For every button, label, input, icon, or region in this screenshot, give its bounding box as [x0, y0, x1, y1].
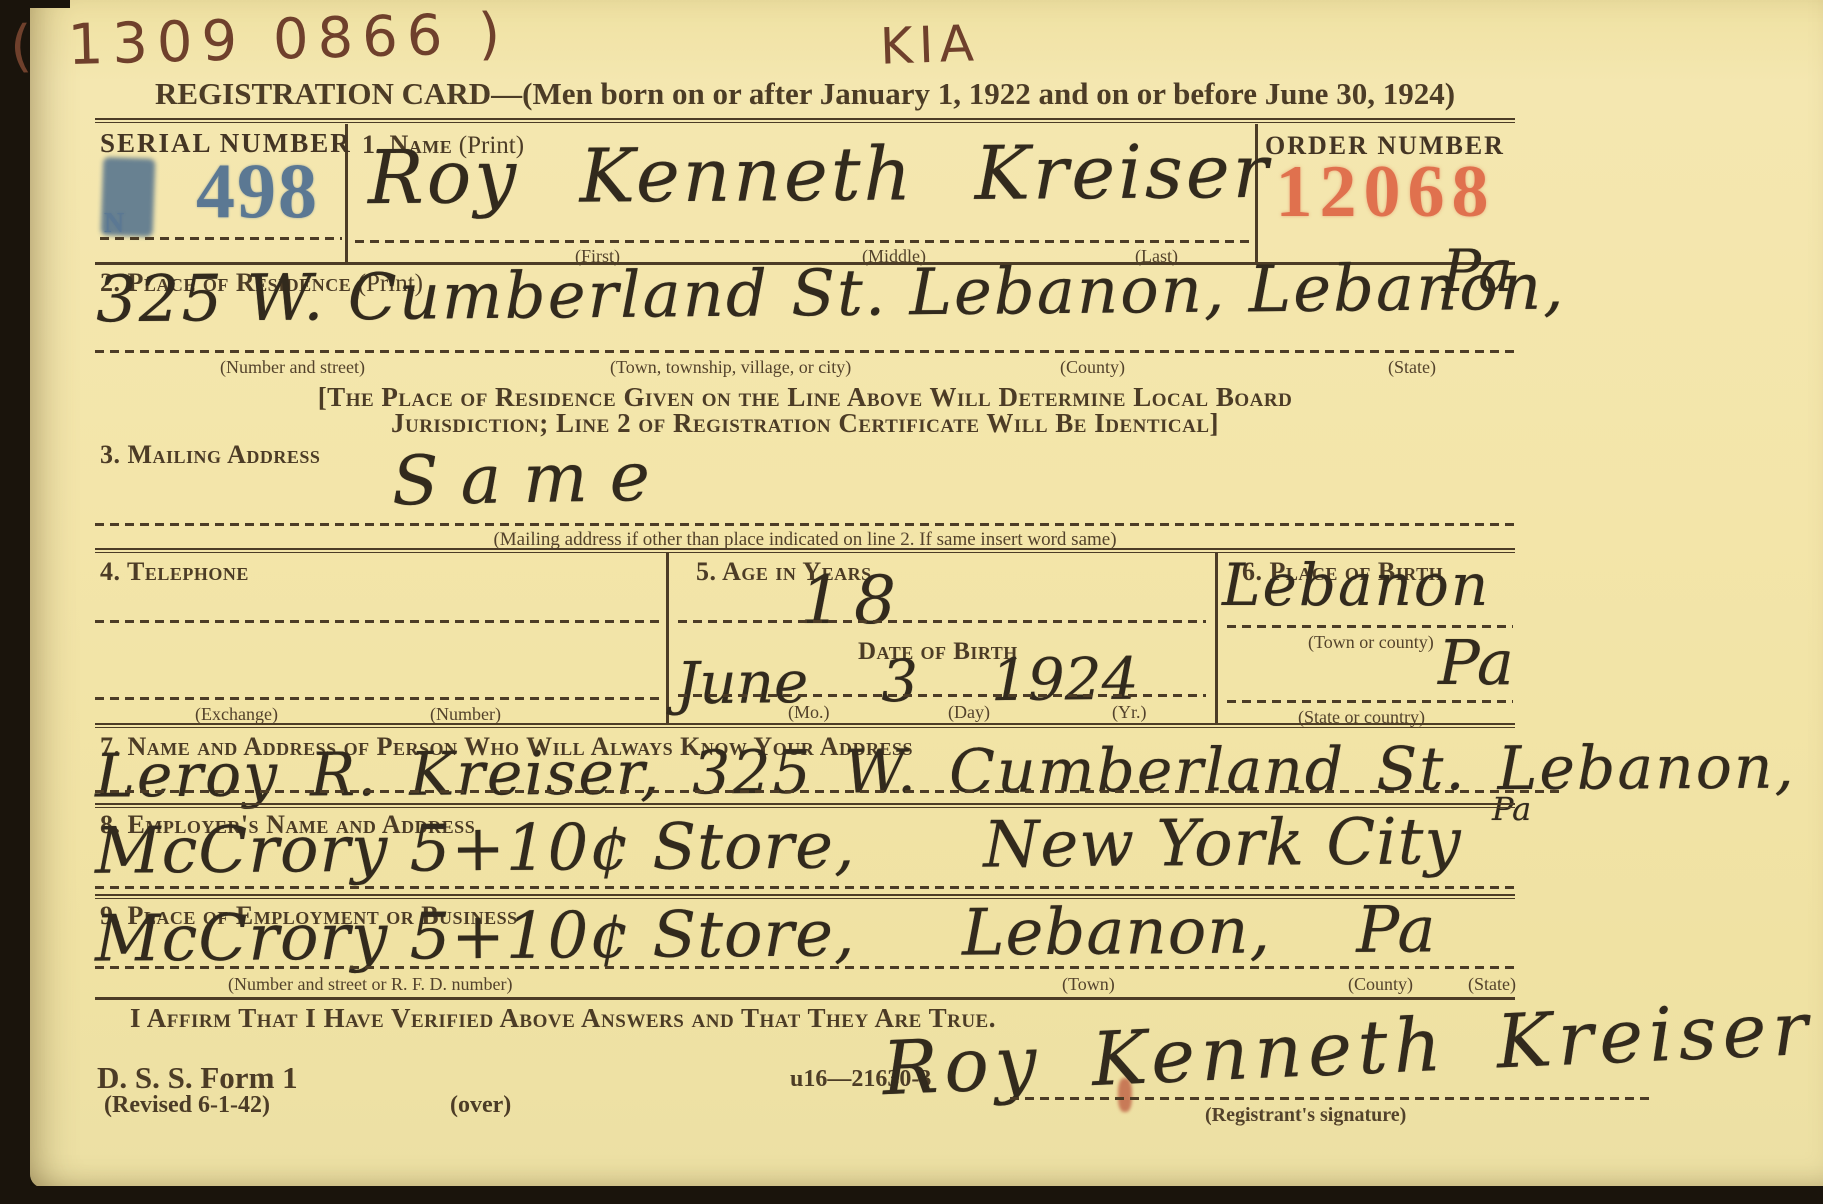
line7-state-value: Pa	[1492, 793, 1531, 825]
annotation-kia-note: KIA	[879, 14, 981, 75]
residence-street-caption: (Number and street)	[220, 357, 365, 378]
signature-dashed-line	[1010, 1097, 1650, 1100]
order-number-value: 12068	[1258, 150, 1513, 235]
residence-value: 325 W. Cumberland St. Lebanon, Lebanon,	[96, 256, 1566, 333]
row456-bottom-rule	[95, 723, 1515, 728]
telephone-dashed-line-2	[95, 697, 660, 700]
scan-edge-bottom	[0, 1186, 1823, 1204]
residence-town-caption: (Town, township, village, or city)	[610, 357, 851, 378]
signature-caption: (Registrant's signature)	[1205, 1104, 1406, 1127]
telephone-label: 4. Telephone	[100, 557, 249, 587]
divider-telephone-age	[666, 553, 669, 725]
name-dashed-line	[355, 240, 1250, 243]
dob-dashed-line	[678, 694, 1206, 697]
card-title: REGISTRATION CARD—(Men born on or after …	[95, 76, 1515, 112]
affirmation-text: I Affirm That I Have Verified Above Answ…	[130, 1003, 996, 1034]
line9-county-caption: (County)	[1348, 974, 1413, 995]
scan-edge-left	[0, 0, 30, 1204]
birth-town-value: Lebanon	[1222, 556, 1490, 614]
month-caption: (Mo.)	[788, 702, 830, 723]
line8-dashed-line	[95, 886, 1515, 889]
scan-edge-top-corner	[0, 0, 70, 8]
residence-county-caption: (County)	[1060, 357, 1125, 378]
form-id: D. S. S. Form 1	[97, 1060, 298, 1096]
birth-town-caption: (Town or county)	[1308, 632, 1434, 653]
name-value: Roy Kenneth Kreiser	[368, 135, 1271, 215]
age-value: 18	[800, 568, 908, 634]
line9-state-caption: (State)	[1468, 974, 1516, 995]
line7-dashed-line	[95, 790, 1563, 793]
exchange-caption: (Exchange)	[195, 704, 278, 725]
line9-street-caption: (Number and street or R. F. D. number)	[228, 974, 513, 995]
serial-dashed-line	[100, 237, 342, 240]
age-dashed-line	[678, 620, 1206, 623]
birth-state-value: Pa	[1438, 632, 1514, 694]
birth-state-dashed-line	[1227, 700, 1513, 703]
divider-age-birth	[1215, 553, 1218, 725]
mailing-address-label: 3. Mailing Address	[100, 440, 320, 470]
line9-dashed-line	[95, 966, 1515, 969]
residence-state-caption: (State)	[1388, 357, 1436, 378]
serial-number-value: 498	[170, 146, 345, 236]
line9-bottom-rule	[95, 997, 1515, 1000]
number-caption: (Number)	[430, 704, 501, 725]
residence-state-value: Pa	[1442, 242, 1513, 300]
jurisdiction-notice-line2: Jurisdiction; Line 2 of Registration Cer…	[95, 408, 1515, 439]
line7-value: Leroy R. Kreiser, 325 W. Cumberland St. …	[95, 738, 1796, 807]
telephone-dashed-line-1	[95, 620, 660, 623]
residence-dashed-line	[95, 350, 1515, 353]
line8-value: McCrory 5+10¢ Store, New York City	[95, 810, 1462, 884]
day-caption: (Day)	[948, 702, 990, 723]
annotation-file-number: ( 1309 0866 )	[9, 1, 510, 79]
form-revised: (Revised 6-1-42)	[104, 1092, 270, 1119]
mailing-address-value: Same	[391, 444, 672, 517]
title-divider	[95, 118, 1515, 123]
line9-value: McCrory 5+10¢ Store, Lebanon, Pa	[95, 898, 1437, 971]
dob-value: June 3 1924	[676, 650, 1139, 713]
over-note: (over)	[450, 1092, 511, 1119]
mailing-dashed-line	[95, 523, 1515, 526]
registration-card-scan: ( 1309 0866 ) KIA REGISTRATION CARD—(Men…	[0, 0, 1823, 1204]
year-caption: (Yr.)	[1112, 702, 1147, 723]
line9-town-caption: (Town)	[1062, 974, 1115, 995]
serial-stamp-letter: N	[104, 208, 124, 240]
